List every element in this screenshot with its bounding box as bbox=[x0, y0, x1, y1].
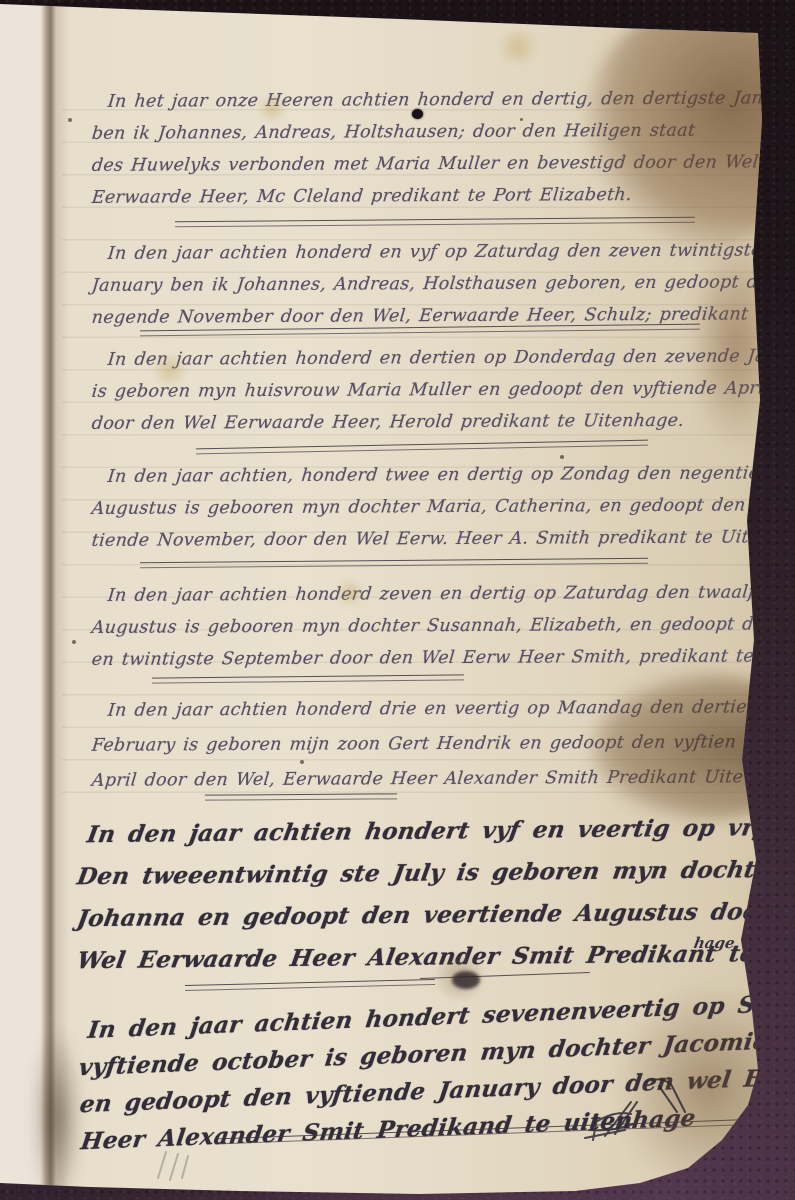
ink-blot-on-rule bbox=[452, 971, 480, 989]
entry-line: In den jaar achtien honderd drie en veer… bbox=[106, 690, 760, 728]
entry-line: In het jaar onze Heeren achtien honderd … bbox=[106, 82, 787, 118]
binding-gutter-crease bbox=[40, 0, 60, 1200]
register-entry-1813-birth: In den jaar achtien honderd en dertien o… bbox=[92, 342, 795, 438]
fly-speck bbox=[300, 760, 304, 764]
entry-line: des Huwelyks verbonden met Maria Muller … bbox=[90, 146, 787, 182]
register-entry-1843-birth: In den jaar achtien honderd drie en veer… bbox=[92, 692, 758, 797]
fly-speck bbox=[68, 118, 72, 122]
entry-line: Augustus is gebooren myn dochter Susanna… bbox=[90, 608, 795, 644]
margin-note-hage: hage bbox=[692, 934, 736, 952]
entry-line: January ben ik Johannes, Andreas, Holsth… bbox=[90, 266, 795, 302]
foxing-spot bbox=[495, 30, 541, 64]
register-entry-1837-birth: In den jaar achtien honderd zeven en der… bbox=[92, 578, 795, 674]
entry-line: April door den Wel, Eerwaarde Heer Alexa… bbox=[90, 760, 760, 798]
entry-line: In den jaar achtien hondert vyf en veert… bbox=[84, 806, 795, 856]
entry-line: In den jaar achtien honderd zeven en der… bbox=[106, 576, 795, 612]
fly-speck bbox=[560, 455, 564, 459]
register-entry-1830-marriage: In het jaar onze Heeren achtien honderd … bbox=[92, 84, 785, 212]
entry-line: Eerwaarde Heer, Mc Cleland predikant te … bbox=[90, 178, 787, 214]
register-entry-1832-birth: In den jaar achtien, honderd twee en der… bbox=[92, 459, 795, 555]
register-entry-1805-birth: In den jaar achtien honderd en vyf op Za… bbox=[92, 236, 795, 332]
entry-line: Augustus is gebooren myn dochter Maria, … bbox=[90, 489, 795, 525]
fly-speck bbox=[520, 118, 523, 121]
entry-line: In den jaar achtien honderd en vyf op Za… bbox=[106, 234, 795, 270]
register-entry-1845-birth: In den jaar achtien hondert vyf en veert… bbox=[78, 810, 795, 978]
fly-speck bbox=[72, 640, 76, 644]
ink-dot bbox=[412, 109, 423, 119]
entry-line: tiende November, door den Wel Eerw. Heer… bbox=[90, 521, 795, 557]
entry-line: Den tweeentwintig ste July is geboren my… bbox=[74, 848, 795, 899]
manuscript-page: In het jaar onze Heeren achtien honderd … bbox=[0, 0, 795, 1200]
entry-line: Johanna en gedoopt den veertiende August… bbox=[74, 890, 795, 941]
entry-line: In den jaar achtien, honderd twee en der… bbox=[106, 457, 795, 493]
entry-line: February is geboren mijn zoon Gert Hendr… bbox=[90, 725, 760, 763]
entry-line: en twintigste September door den Wel Eer… bbox=[90, 640, 795, 676]
entry-line: In den jaar achtien honderd en dertien o… bbox=[106, 340, 795, 376]
separator-rule bbox=[185, 979, 435, 991]
entry-line: ben ik Johannes, Andreas, Holtshausen; d… bbox=[90, 114, 787, 150]
foxing-spot bbox=[255, 96, 289, 122]
entry-line: is geboren myn huisvrouw Maria Muller en… bbox=[90, 372, 795, 408]
entry-line: door den Wel Eerwaarde Heer, Herold pred… bbox=[90, 404, 795, 440]
foxing-spot bbox=[150, 355, 190, 385]
foxing-spot bbox=[335, 580, 365, 606]
